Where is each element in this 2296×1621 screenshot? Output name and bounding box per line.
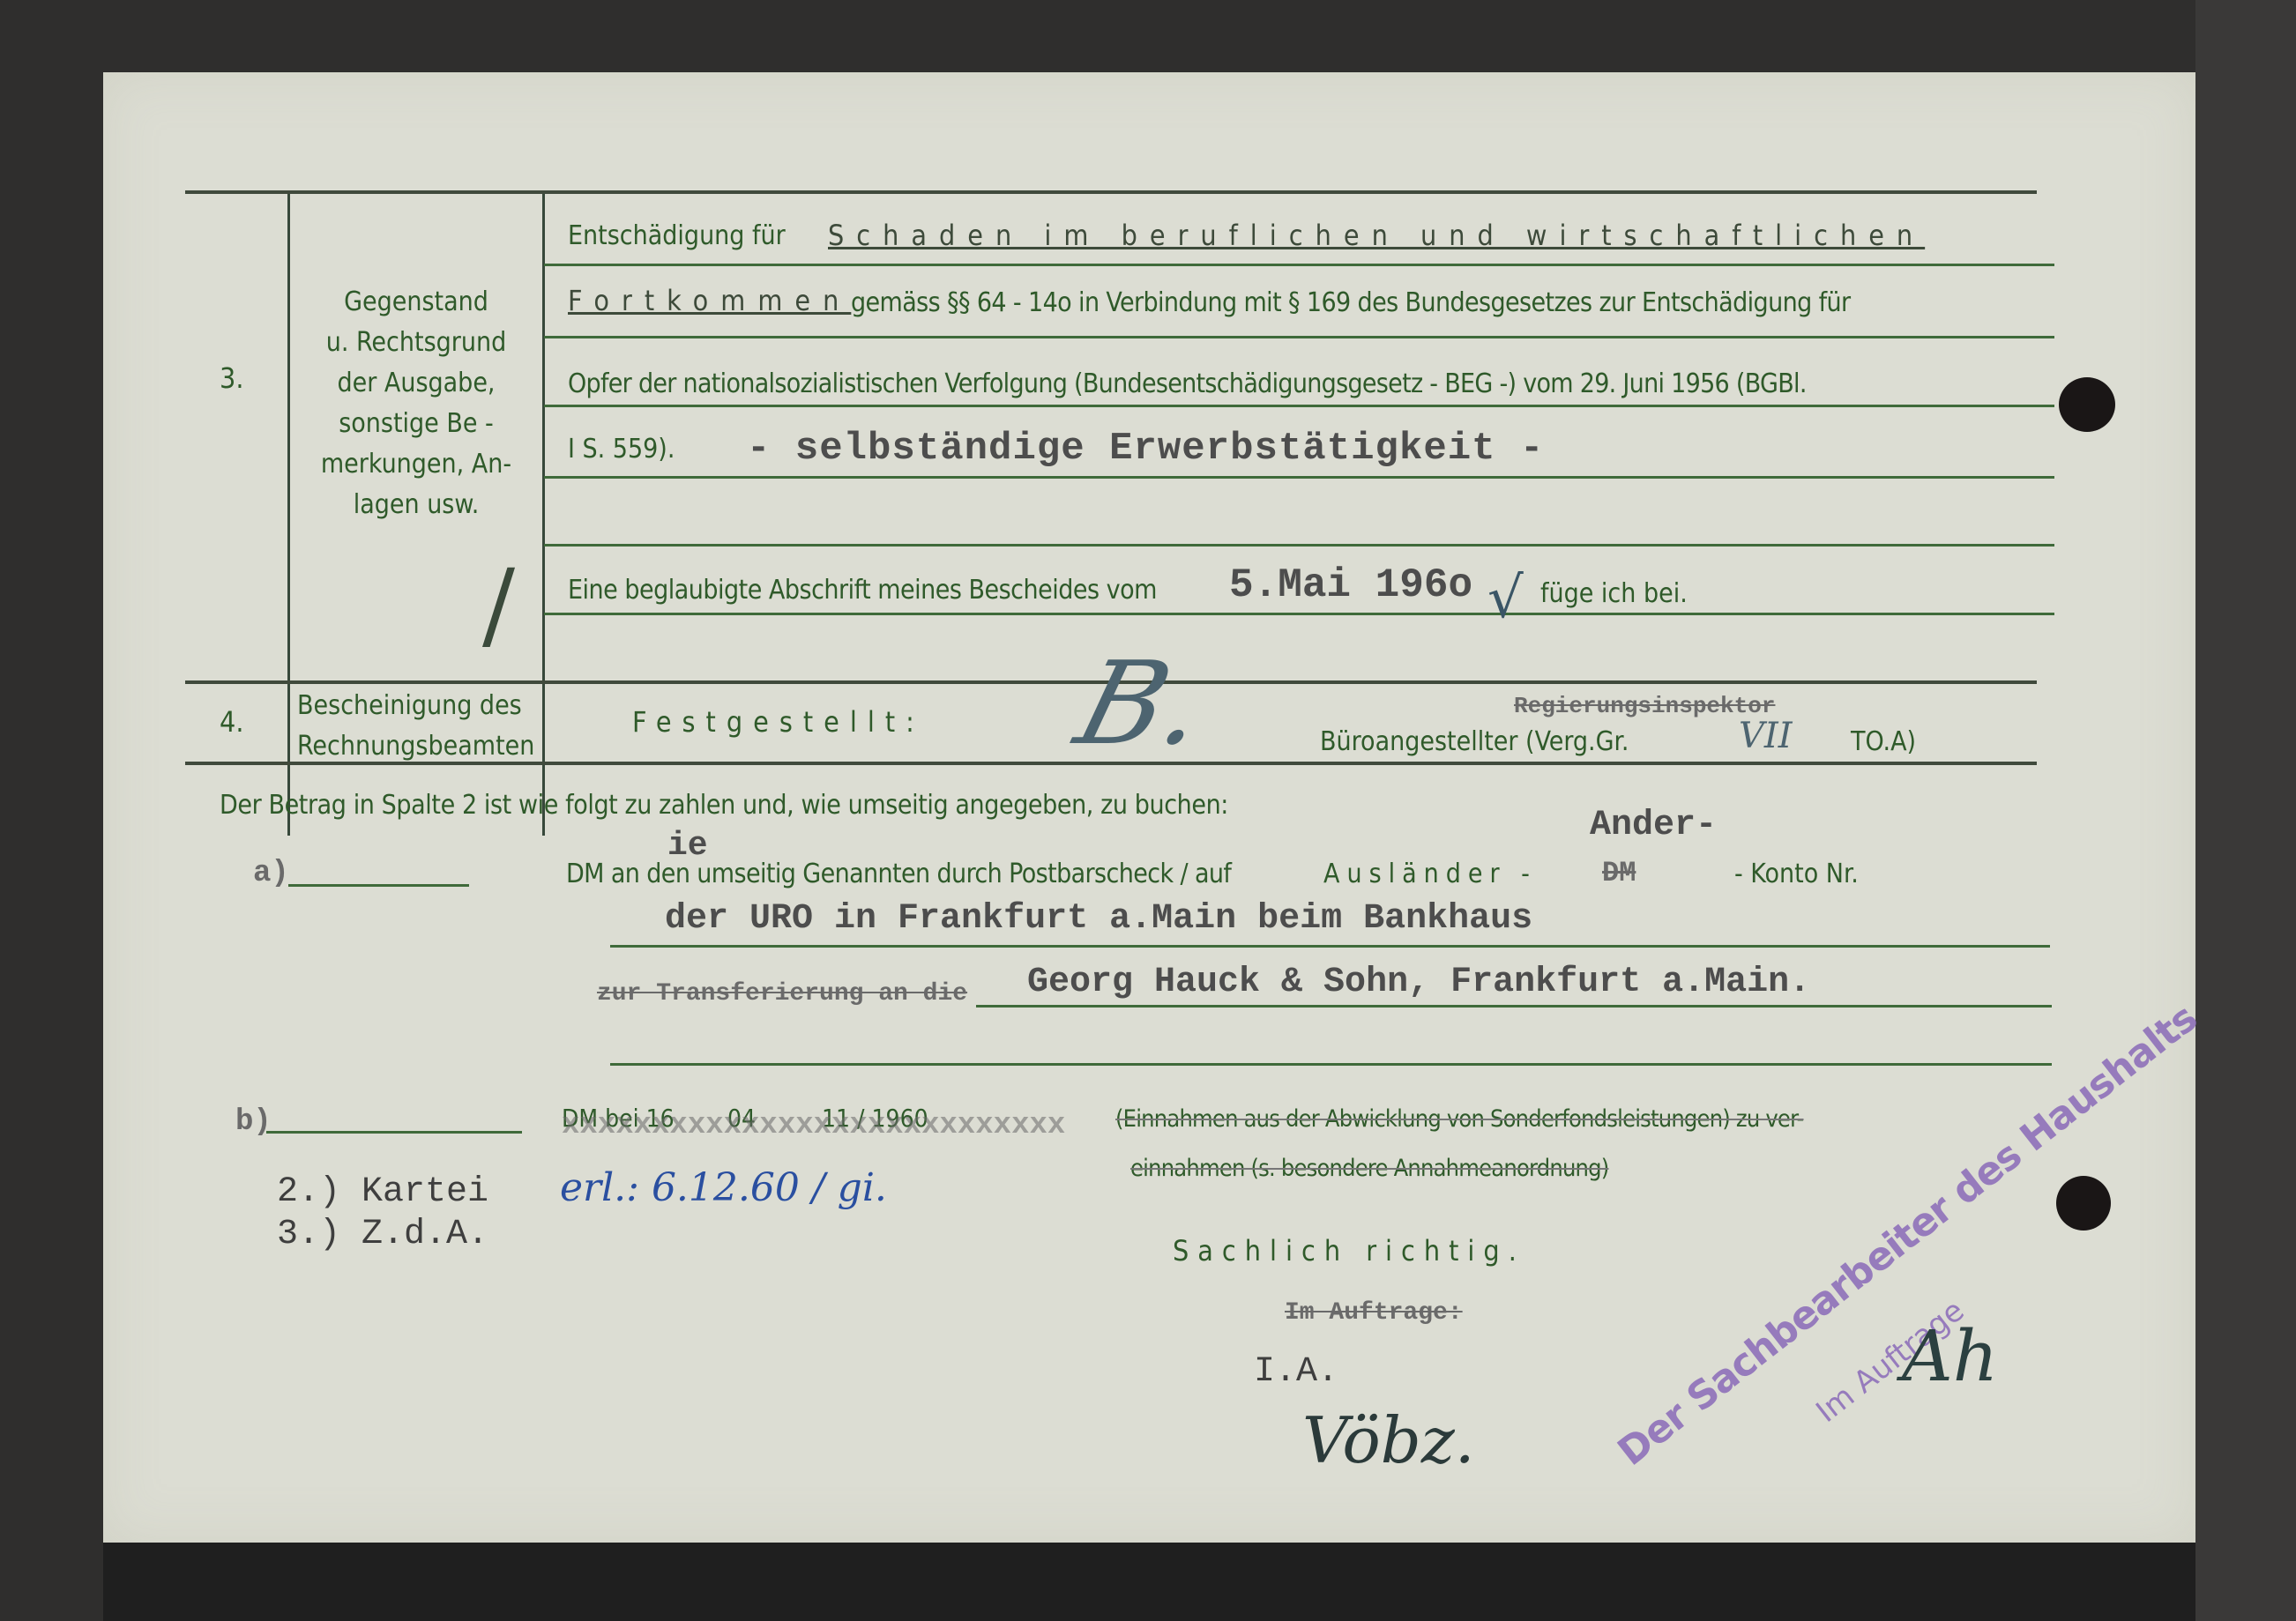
row-a-transfer-struck: zur Transferierung an die [597,980,967,1008]
s3-line5-prefix: Eine beglaubigte Abschrift meines Besche… [568,575,1157,606]
followup-item2: 2.) Kartei [277,1172,488,1212]
table-vline-2 [542,194,545,836]
stamp-line1: Der Sachbearbeiter des Haushalts [1610,996,2206,1475]
punch-hole-bottom [2056,1176,2111,1231]
row-a-line3: Georg Hauck & Sohn, Frankfurt a.Main. [1027,963,1810,1002]
s3-line1-typed: Schaden im beruflichen und wirtschaftlic… [828,219,1925,252]
followup-item3: 3.) Z.d.A. [277,1215,488,1254]
punch-hole-top [2059,377,2115,432]
im-auftrage-struck: Im Auftrage: [1285,1299,1463,1327]
row-a-amount-line [288,884,469,887]
row-a-auslaender: Ausländer - [1323,859,1537,889]
s3-line5-suffix: füge ich bei. [1540,578,1688,609]
row-a-line2-rule [610,945,2050,948]
payment-intro: Der Betrag in Spalte 2 ist wie folgt zu … [220,790,1228,821]
section4-label-line: Bescheinigung des [297,686,534,726]
row-b-x-overtype: xxxxxxxxxxxxxxxxxxxxxxxxxxxx [562,1109,1065,1142]
s3-rule-4 [544,476,2054,479]
row-a-konto: - Konto Nr. [1734,859,1859,889]
s3-line3: Opfer der nationalsozialistischen Verfol… [568,368,1807,399]
row-a-dm-text: DM an den umseitig Genannten durch Postb… [566,859,1231,889]
section3-label-line: lagen usw. [290,485,542,525]
section3-label-line: Gegenstand [290,282,542,323]
s3-line1-prefix: Entschädigung für [568,220,786,251]
s3-line2-typed: Fortkommen [568,284,851,317]
section3-label: Gegenstand u. Rechtsgrund der Ausgabe, s… [290,282,542,525]
section3-number: 3. [220,361,243,395]
section4-number: 4. [220,705,243,739]
section3-label-line: der Ausgabe, [290,363,542,404]
s3-rule-6 [544,613,2054,615]
section4-label: Bescheinigung des Rechnungsbeamten [297,686,534,767]
s3-line4-prefix: I S. 559). [568,434,675,465]
section3-label-line: u. Rechtsgrund [290,323,542,363]
to-a-label: TO.A) [1851,726,1916,757]
checkmark-icon: √ [1487,566,1524,631]
s3-rule-1 [544,264,2054,266]
background-right [2195,0,2296,1621]
row-a-line2: der URO in Frankfurt a.Main beim Bankhau… [665,899,1532,939]
row-b-einnahmen-line2: einnahmen (s. besondere Annahmeanordnung… [1130,1155,1608,1182]
title-bueroangestellter: Büroangestellter (Verg.Gr. [1320,726,1629,757]
background-bottom [103,1543,2195,1621]
s3-rule-5 [544,544,2054,547]
s3-rule-2 [544,336,2054,338]
followup-item2-handwritten: erl.: 6.12.60 / gi. [560,1165,887,1210]
row-a-line3-rule [976,1005,2052,1008]
row-a-inserted-ie: ie [667,827,708,865]
checker-initial: B. [1064,636,1221,770]
section3-label-line: sonstige Be - [290,404,542,444]
table-top-rule [185,190,2037,194]
title-struck-regierungsinspektor: Regierungsinspektor [1514,693,1775,719]
sachlich-richtig: Sachlich richtig. [1173,1234,1525,1268]
row-a-line4-rule [610,1063,2052,1066]
signoff-ia: I.A. [1254,1352,1338,1392]
s3-line2-rest: gemäss §§ 64 - 14o in Verbindung mit § 1… [851,287,1851,318]
stamp-sachbearbeiter: Der Sachbearbeiter des Haushalts [1610,996,2206,1475]
s3-line4-typed: - selbständige Erwerbstätigkeit - [747,427,1544,471]
s3-line5-date: 5.Mai 196o [1229,562,1472,608]
festgestellt-label: Festgestellt: [632,705,925,739]
row-a-ander-overtype: Ander- [1590,806,1717,845]
row-b-marker: b) [235,1105,272,1139]
section3-label-line: merkungen, An- [290,444,542,485]
stamp-signature: Ah [1902,1315,1998,1397]
row-a-marker: a) [253,857,289,890]
section3-slash-mark: / [482,548,515,661]
document-page: 3. Gegenstand u. Rechtsgrund der Ausgabe… [103,72,2195,1543]
grade-handwritten: VII [1739,716,1793,756]
row-b-einnahmen-line1: (Einnahmen aus der Abwicklung von Sonder… [1115,1105,1804,1133]
row-a-dm-struck: DM [1602,857,1636,889]
s3-rule-3 [544,405,2054,407]
row-b-amount-line [266,1131,522,1134]
signoff-signature: Vöbz. [1302,1403,1475,1477]
section4-label-line: Rechnungsbeamten [297,726,534,767]
